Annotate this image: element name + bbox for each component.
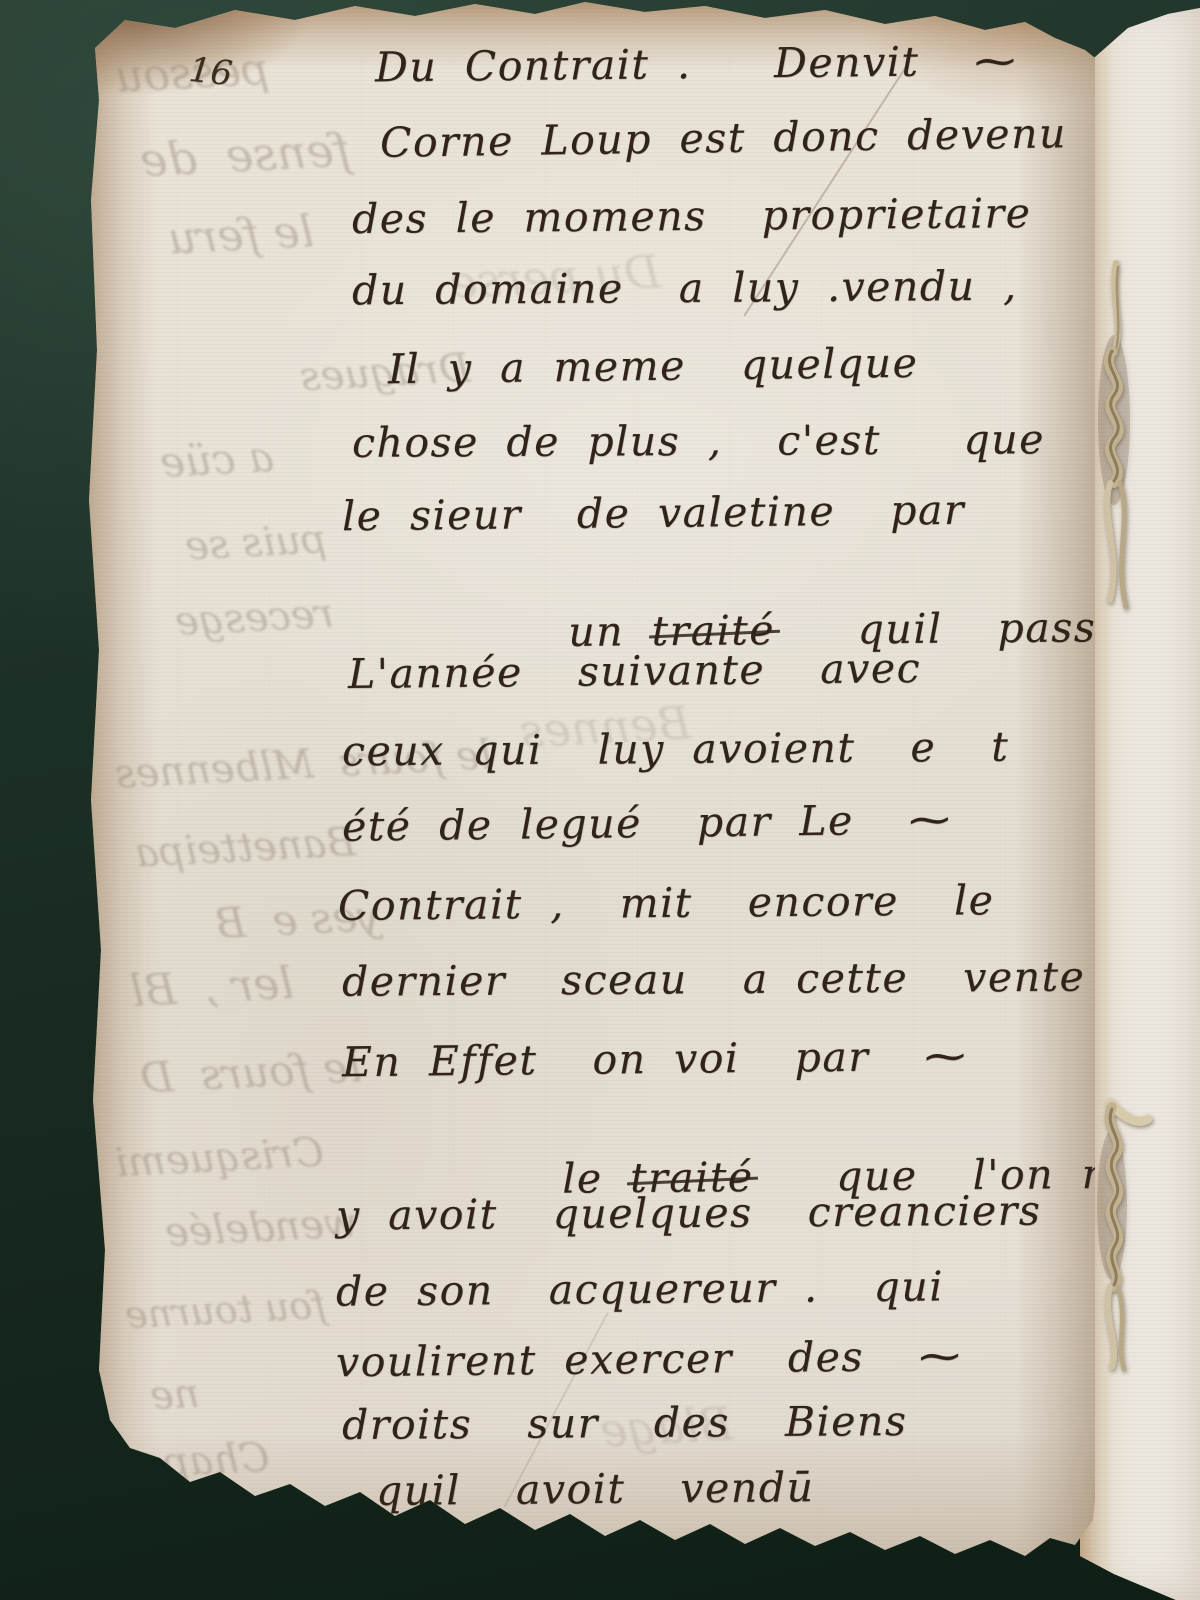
handwriting-line: droits sur des Biens [342,1401,908,1446]
handwriting-line: voulirent exercer des ⁓ [336,1336,962,1384]
handwriting-line: Il y a meme quelque [388,343,919,390]
handwriting-line: quil avoit vendū [376,1467,815,1512]
handwriting-line: chose de plus , c'est que [352,419,1045,464]
handwriting-line: été de legué par Le ⁓ [342,799,952,847]
photograph-of-manuscript: pessou fense de le feru Dragues a cüe pu… [0,0,1200,1600]
manuscript-page: pessou fense de le feru Dragues a cüe pu… [85,0,1095,1600]
handwriting-line: y avoit quelques creanciers [336,1191,1042,1237]
handwriting-line: En Effet on voi par ⁓ [342,1036,967,1084]
handwriting-line: Contrait , mit encore le [338,880,995,927]
handwriting-line: le sieur de valetine par [342,490,965,538]
handwriting-line: dernier sceau a cette vente . [342,956,1128,1002]
handwriting-line: du domaine a luy .vendu , [352,266,1018,312]
handwriting-layer: Du Contrait . Denvit ⁓ Corne Loup est do… [85,0,1095,1600]
binding-twine-top [1072,255,1156,625]
binding-twine-bottom [1072,1085,1156,1375]
handwriting-line: de son acquereur . qui [336,1266,944,1312]
handwriting-line: des le momens proprietaire [352,193,1032,240]
handwriting-line: Corne Loup est donc devenu [380,113,1067,164]
handwriting-line: L'année suivante avec [348,648,921,695]
ghost-text-fragment: Kissel [154,1495,270,1545]
handwriting-line: ceux qui luy avoient e t [342,727,1010,773]
handwriting-line: Du Contrait . Denvit ⁓ [375,41,1017,89]
